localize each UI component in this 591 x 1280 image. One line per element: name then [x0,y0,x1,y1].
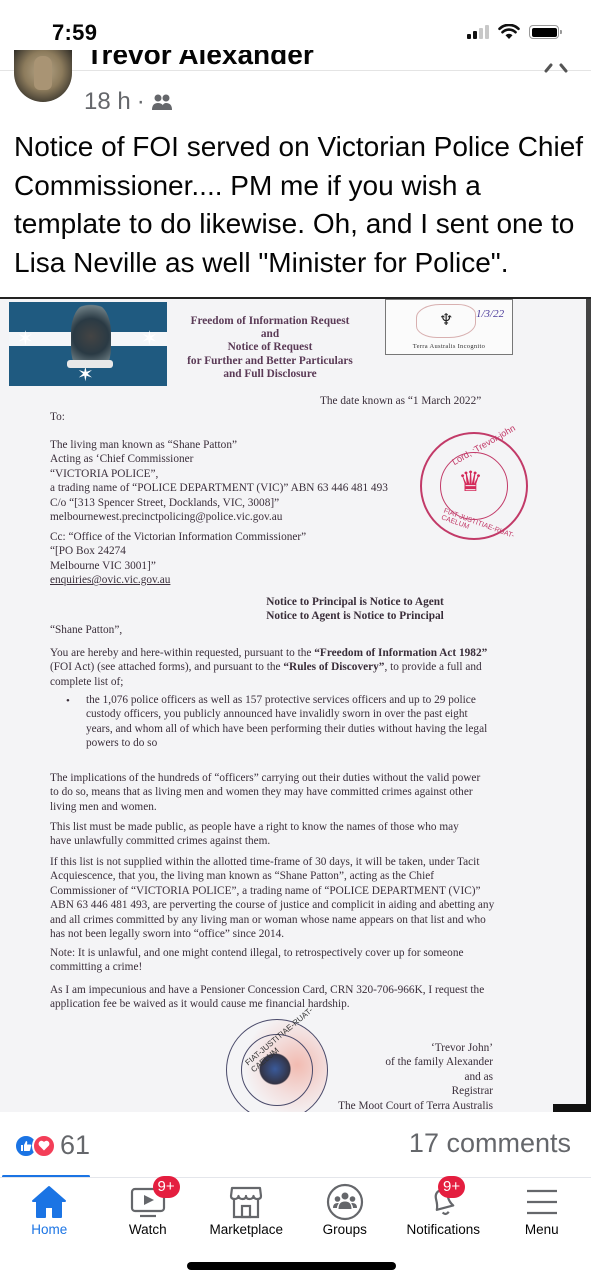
post-text: Notice of FOI served on Victorian Police… [14,128,584,282]
tabbar-divider [0,1177,591,1178]
reaction-count: 61 [60,1130,90,1161]
crest-banner [67,360,113,368]
post-header: Trevor Alexander 18 h · [0,50,591,120]
author-name[interactable]: Trevor Alexander [86,50,314,76]
meta-separator: · [137,88,145,116]
group-audience-icon [151,93,173,111]
seal-label: Terra Australis Incognito [386,343,512,350]
bottom-tab-bar: Home 9+ Watch Marketplace [0,1180,591,1242]
salutation: “Shane Patton”, [50,623,122,637]
bullet-item: the 1,076 police officers as well as 157… [86,693,496,751]
reactions-summary[interactable]: 61 [14,1130,90,1161]
tab-label: Menu [525,1222,559,1237]
tab-label: Groups [323,1222,367,1237]
chevron-up-icon[interactable] [543,60,569,74]
post-image-document[interactable]: ✶ ✶ ✶ Freedom of Information Request and… [0,297,591,1112]
tab-label: Notifications [406,1222,480,1237]
tab-marketplace[interactable]: Marketplace [197,1180,296,1242]
to-label: To: [50,410,65,424]
marketplace-icon [228,1184,264,1220]
seal-signature: 1/3/22 [476,308,504,320]
post-meta: 18 h · [84,88,173,116]
tab-groups[interactable]: Groups [296,1180,395,1242]
bullet-icon: • [66,695,70,707]
tab-notifications[interactable]: 9+ Notifications [394,1180,493,1242]
paragraph-fee-waiver: As I am impecunious and have a Pensioner… [50,983,485,1012]
post-timestamp[interactable]: 18 h [84,88,131,116]
groups-icon [326,1183,364,1221]
tab-label: Marketplace [209,1222,283,1237]
paragraph-request: You are hereby and here-within requested… [50,646,495,689]
notary-stamp: Lord, :Trevor-john ♛ FIAT-JUSTITIAE-RUAT… [420,432,528,540]
terra-australis-seal: ♆ 1/3/22 Terra Australis Incognito [385,299,513,355]
tab-watch[interactable]: 9+ Watch [99,1180,198,1242]
tab-label: Watch [129,1222,167,1237]
love-reaction-icon [32,1134,56,1158]
moot-court-seal: FIAT-JUSTITIAE-RUAT-CAELUM [226,1019,328,1112]
to-address-block: The living man known as “Shane Patton” A… [50,438,388,524]
cc-address-block: Cc: “Office of the Victorian Information… [50,530,306,588]
wifi-icon [498,24,520,40]
tab-menu[interactable]: Menu [493,1180,591,1242]
home-indicator[interactable] [187,1262,396,1270]
paragraph-public: This list must be made public, as people… [50,820,470,849]
paragraph-implications: The implications of the hundreds of “off… [50,771,490,814]
notifications-badge: 9+ [438,1176,465,1198]
paragraph-acquiescence: If this list is not supplied within the … [50,855,495,941]
emblem-icon: ♆ [439,310,453,330]
status-time: 7:59 [52,20,97,46]
crown-icon: ♛ [458,468,483,498]
battery-icon [529,25,559,39]
eureka-flag-logo: ✶ ✶ ✶ [9,302,167,386]
watch-badge: 9+ [153,1176,180,1198]
paragraph-note: Note: It is unlawful, and one might cont… [50,946,480,975]
home-icon [31,1185,67,1219]
cellular-signal-icon [467,25,489,39]
avatar[interactable] [14,50,72,102]
notice-heading: Notice to Principal is Notice to Agent N… [0,595,591,623]
tab-label: Home [31,1222,67,1237]
comments-count-link[interactable]: 17 comments [409,1128,571,1159]
menu-icon [525,1187,559,1217]
image-edge [586,299,591,1112]
signature-block: ‘Trevor John’ of the family Alexander an… [338,1041,493,1112]
tab-home[interactable]: Home [0,1180,99,1242]
document-date: The date known as “1 March 2022” [320,395,481,407]
document-page: ✶ ✶ ✶ Freedom of Information Request and… [0,299,586,1112]
image-edge-bottom [553,1104,591,1112]
document-title: Freedom of Information Request and Notic… [170,315,370,381]
status-icons [467,24,559,40]
